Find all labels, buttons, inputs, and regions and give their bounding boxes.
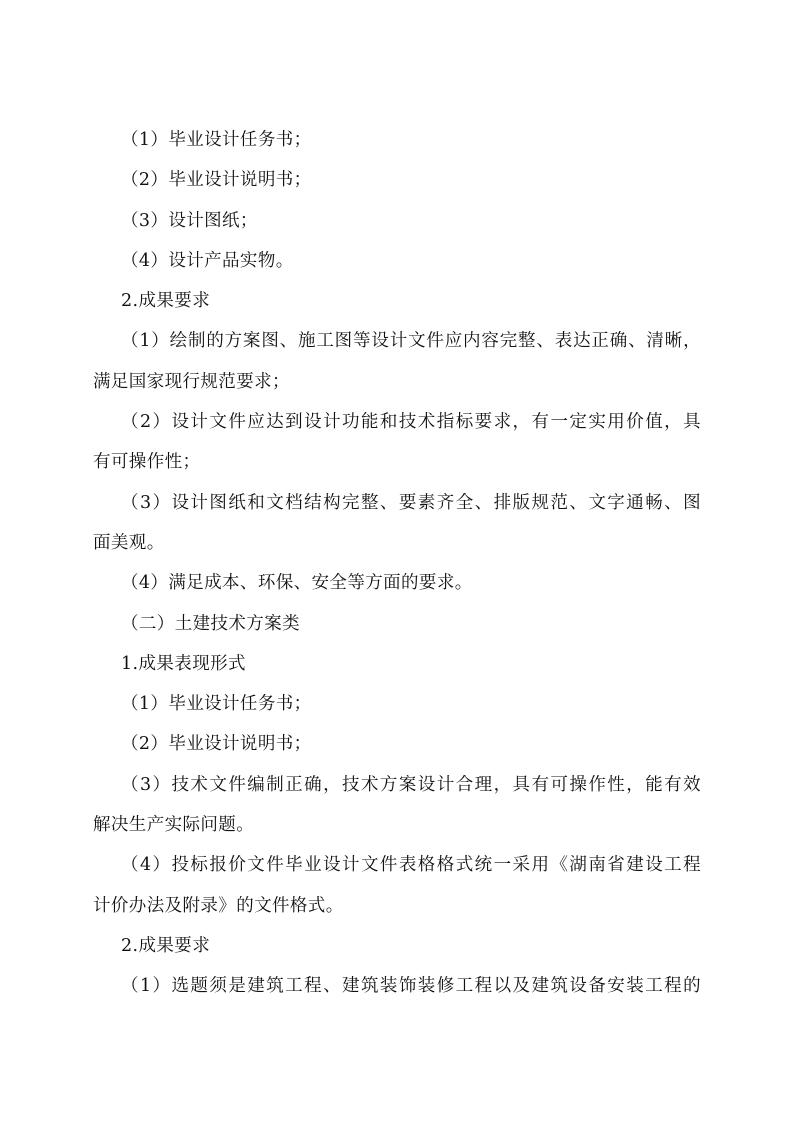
paragraph-line: （1）绘制的方案图、施工图等设计文件应内容完整、表达正确、清晰，: [93, 327, 701, 367]
section-heading: 2.成果要求: [93, 287, 701, 327]
list-item: （1）毕业设计任务书；: [93, 126, 701, 166]
section-heading: 1.成果表现形式: [93, 650, 701, 690]
paragraph-line: （3）技术文件编制正确，技术方案设计合理，具有可操作性，能有效: [93, 771, 701, 811]
paragraph-line: 解决生产实际问题。: [93, 811, 701, 851]
section-heading: 2.成果要求: [93, 932, 701, 972]
list-item: （2）毕业设计说明书；: [93, 730, 701, 770]
list-item: （3）设计图纸；: [93, 207, 701, 247]
paragraph-line: （2）设计文件应达到设计功能和技术指标要求，有一定实用价值，具: [93, 408, 701, 448]
paragraph-line: （4）投标报价文件毕业设计文件表格格式统一采用《湖南省建设工程: [93, 851, 701, 891]
list-item: （2）毕业设计说明书；: [93, 166, 701, 206]
paragraph-line: 满足国家现行规范要求；: [93, 368, 701, 408]
document-page: （1）毕业设计任务书； （2）毕业设计说明书； （3）设计图纸； （4）设计产品…: [93, 126, 701, 1013]
paragraph-line: （3）设计图纸和文档结构完整、要素齐全、排版规范、文字通畅、图: [93, 489, 701, 529]
paragraph-line: 面美观。: [93, 529, 701, 569]
list-item: （1）毕业设计任务书；: [93, 690, 701, 730]
section-heading: （二）土建技术方案类: [93, 610, 701, 650]
list-item: （4）设计产品实物。: [93, 247, 701, 287]
paragraph-line: 有可操作性；: [93, 448, 701, 488]
paragraph-line: （1）选题须是建筑工程、建筑装饰装修工程以及建筑设备安装工程的: [93, 972, 701, 1012]
paragraph-line: 计价办法及附录》的文件格式。: [93, 892, 701, 932]
paragraph-line: （4）满足成本、环保、安全等方面的要求。: [93, 569, 701, 609]
